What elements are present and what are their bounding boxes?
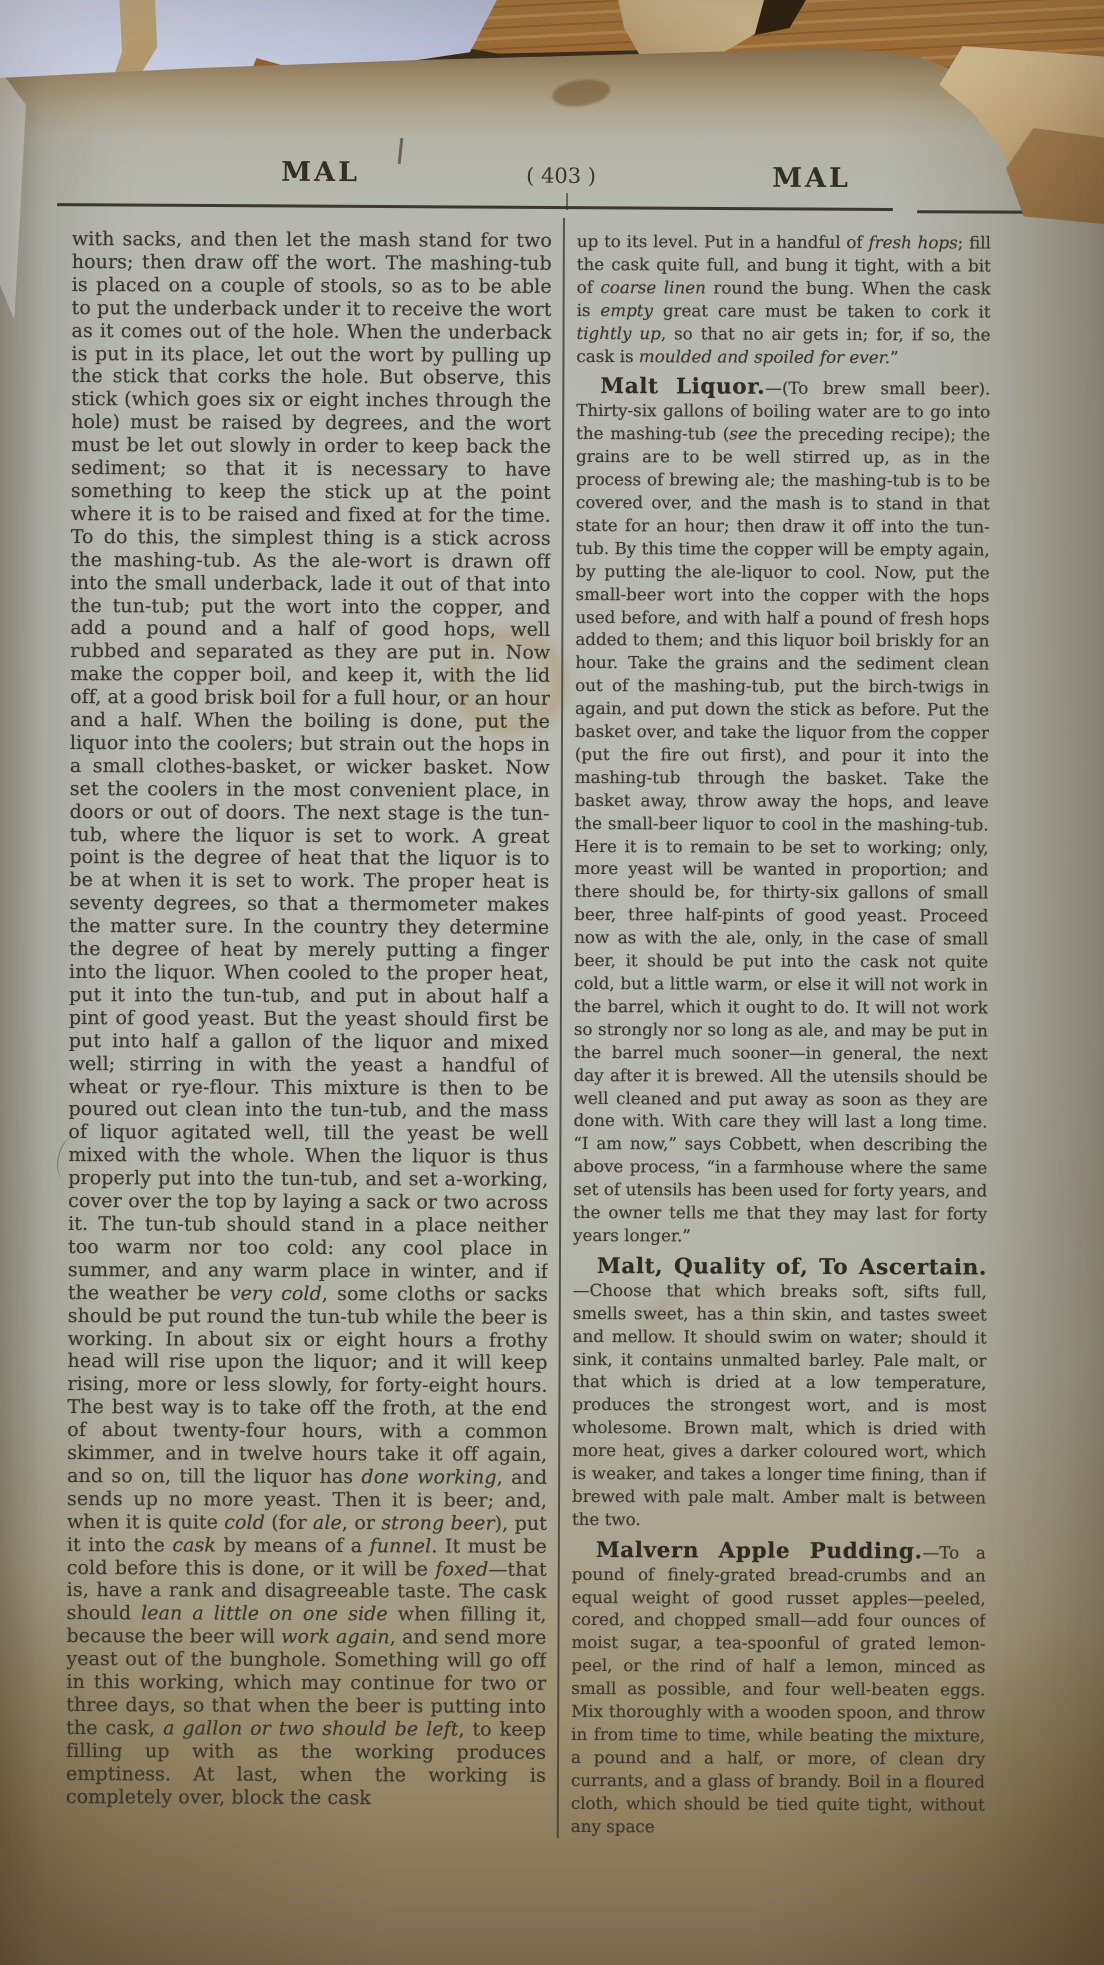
- body-text: up to its level. Put in a handful of: [577, 231, 869, 252]
- italic-phrase: done working: [361, 1466, 496, 1489]
- italic-phrase: ale: [313, 1512, 342, 1534]
- column-divider: [557, 218, 565, 1838]
- page-number: ( 403 ): [498, 164, 624, 188]
- entry-heading: Malt, Quality of, To Ascertain.: [597, 1254, 987, 1280]
- mashing-continuation-paragraph: with sacks, and then let the mash stand …: [66, 228, 552, 1810]
- body-text: —Choose that which breaks soft, sifts fu…: [572, 1280, 987, 1529]
- running-head-left: MAL: [281, 157, 360, 188]
- body-text: , or: [342, 1512, 382, 1534]
- body-text: great care must be taken to cork it: [653, 300, 991, 321]
- italic-phrase: work again: [281, 1626, 390, 1648]
- italic-phrase: moulded and spoiled for ever.: [639, 346, 890, 367]
- italic-phrase: empty: [600, 300, 653, 320]
- italic-phrase: tightly up: [576, 323, 660, 343]
- body-text: with sacks, and then let the mash stand …: [68, 228, 552, 1304]
- malt-quality-entry: Malt, Quality of, To Ascertain.—Choose t…: [572, 1256, 987, 1532]
- italic-phrase: funnel: [370, 1535, 432, 1557]
- body-text: —To a pound of finely-grated bread-crumb…: [571, 1542, 986, 1836]
- printed-text-block: MAL ( 403 ) MAL with sacks, and then let…: [0, 0, 1104, 1904]
- italic-phrase: foxed: [435, 1558, 488, 1580]
- right-text-column: up to its level. Put in a handful of fre…: [571, 230, 991, 1850]
- italic-phrase: cask: [172, 1534, 216, 1556]
- left-text-column: with sacks, and then let the mash stand …: [66, 228, 552, 1842]
- entry-heading: Malvern Apple Pudding.: [596, 1538, 923, 1564]
- italic-phrase: strong beer: [381, 1512, 494, 1534]
- book-photo-scene: MAL ( 403 ) MAL with sacks, and then let…: [0, 0, 1104, 1965]
- body-text: (for: [265, 1512, 313, 1534]
- cask-continuation-paragraph: up to its level. Put in a handful of fre…: [576, 230, 991, 369]
- italic-phrase: lean a little on one side: [141, 1603, 388, 1626]
- italic-phrase: a gallon or two should be left: [163, 1717, 458, 1740]
- italic-phrase: cold: [224, 1511, 265, 1533]
- header-rule-left-segment: [57, 203, 893, 211]
- italic-phrase: coarse linen: [600, 277, 705, 297]
- body-text: the preceding recipe); the grains are to…: [573, 424, 990, 1245]
- italic-phrase: see: [729, 424, 757, 444]
- malvern-apple-pudding-entry: Malvern Apple Pudding.—To a pound of fin…: [571, 1540, 986, 1839]
- body-text: ”: [890, 347, 899, 367]
- body-text: by means of a: [216, 1534, 370, 1557]
- italic-phrase: fresh hops: [868, 232, 957, 252]
- malt-liquor-entry: Malt Liquor.—(To brew small beer). Thirt…: [573, 376, 990, 1248]
- book-page: MAL ( 403 ) MAL with sacks, and then let…: [0, 0, 1104, 1965]
- italic-phrase: very cold: [230, 1282, 322, 1304]
- body-text: , some cloths or sacks should be put rou…: [67, 1283, 548, 1488]
- entry-heading: Malt Liquor.: [600, 374, 765, 400]
- running-head-right: MAL: [772, 163, 851, 194]
